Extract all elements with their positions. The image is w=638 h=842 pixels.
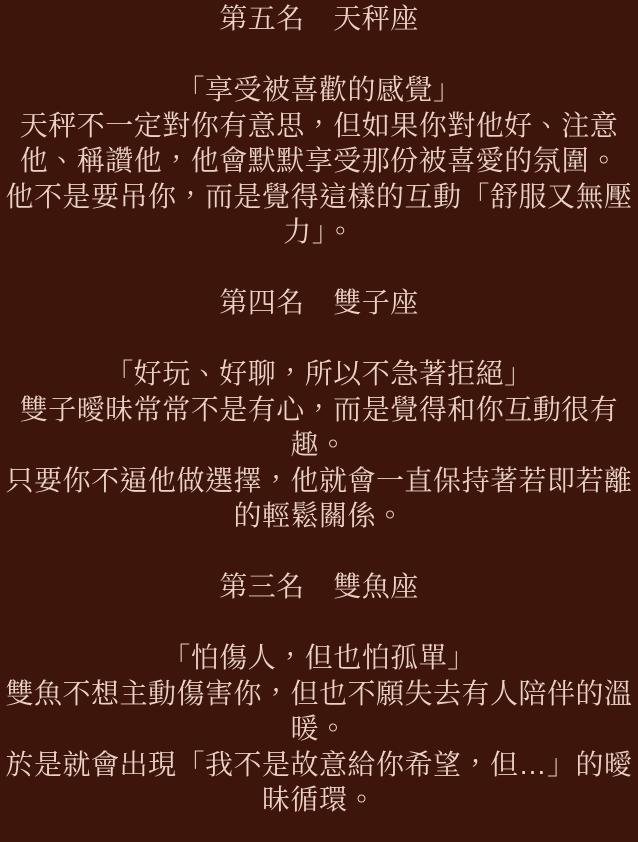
- rank-5-title: 第五名 天秤座: [0, 1, 638, 37]
- rank-5-paragraph: 「享受被喜歡的感覺」 天秤不一定對你有意思，但如果你對他好、注意 他、稱讚他，他…: [0, 72, 638, 250]
- rank-5-body-line: 天秤不一定對你有意思，但如果你對他好、注意: [0, 108, 638, 144]
- rank-4-body-line: 只要你不逼他做選擇，他就會一直保持著若即若離: [0, 463, 638, 499]
- rank-3-body-line: 昧循環。: [0, 782, 638, 818]
- zodiac-article-page: 第五名 天秤座 「享受被喜歡的感覺」 天秤不一定對你有意思，但如果你對他好、注意…: [0, 0, 638, 842]
- rank-5-body-line: 力」。: [0, 214, 638, 250]
- rank-3-paragraph: 「怕傷人，但也怕孤單」 雙魚不想主動傷害你，但也不願失去有人陪伴的溫 暖。 於是…: [0, 640, 638, 818]
- rank-5-quote-line: 「享受被喜歡的感覺」: [0, 72, 638, 108]
- rank-4-body-line: 的輕鬆關係。: [0, 498, 638, 534]
- rank-3-quote-line: 「怕傷人，但也怕孤單」: [0, 640, 638, 676]
- rank-3-body-line: 暖。: [0, 711, 638, 747]
- rank-3-title: 第三名 雙魚座: [0, 569, 638, 605]
- rank-4-paragraph: 「好玩、好聊，所以不急著拒絕」 雙子曖昧常常不是有心，而是覺得和你互動很有 趣。…: [0, 356, 638, 534]
- section-rank-4-gemini: 第四名 雙子座 「好玩、好聊，所以不急著拒絕」 雙子曖昧常常不是有心，而是覺得和…: [0, 285, 638, 534]
- section-rank-5-libra: 第五名 天秤座 「享受被喜歡的感覺」 天秤不一定對你有意思，但如果你對他好、注意…: [0, 1, 638, 250]
- rank-4-quote-line: 「好玩、好聊，所以不急著拒絕」: [0, 356, 638, 392]
- rank-3-body-line: 於是就會出現「我不是故意給你希望，但…」的曖: [0, 747, 638, 783]
- rank-4-title: 第四名 雙子座: [0, 285, 638, 321]
- rank-4-body-line: 趣。: [0, 427, 638, 463]
- rank-5-body-line: 他不是要吊你，而是覺得這樣的互動「舒服又無壓: [0, 179, 638, 215]
- rank-3-body-line: 雙魚不想主動傷害你，但也不願失去有人陪伴的溫: [0, 676, 638, 712]
- section-rank-3-pisces: 第三名 雙魚座 「怕傷人，但也怕孤單」 雙魚不想主動傷害你，但也不願失去有人陪伴…: [0, 569, 638, 818]
- rank-5-body-line: 他、稱讚他，他會默默享受那份被喜愛的氛圍。: [0, 143, 638, 179]
- rank-4-body-line: 雙子曖昧常常不是有心，而是覺得和你互動很有: [0, 392, 638, 428]
